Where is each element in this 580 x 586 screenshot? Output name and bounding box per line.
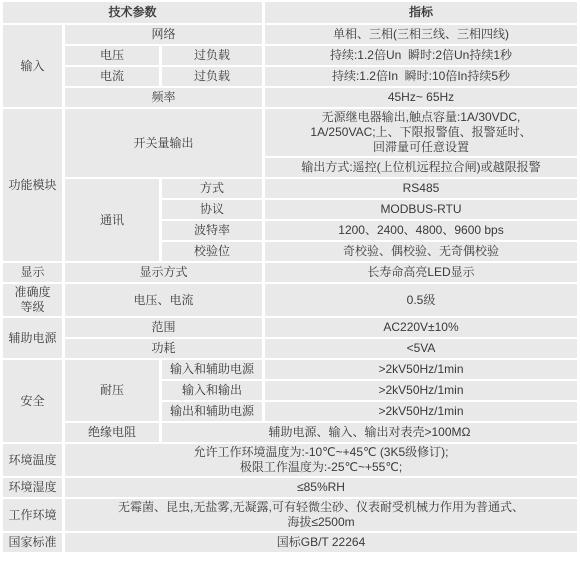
row-aux-consumption: 功耗 <5VA [3, 339, 577, 358]
withstand-item-2: 输入和输出 [162, 381, 262, 400]
insulation-label: 绝缘电阻 [65, 423, 159, 442]
comm-baud-value: 1200、2400、4800、9600 bps [265, 221, 577, 240]
env-humidity-label: 环境湿度 [3, 478, 62, 497]
row-env-humidity: 环境湿度 ≤85%RH [3, 478, 577, 497]
accuracy-item-label: 电压、电流 [65, 284, 262, 316]
row-env-temp: 环境温度 允许工作环境温度为:-10℃~+45℃ (3K5级修订); 极限工作温… [3, 444, 577, 476]
withstand-value-1: >2kV50Hz/1min [265, 360, 577, 379]
national-std-label: 国家标准 [3, 533, 62, 552]
frequency-label: 频率 [65, 88, 262, 107]
aux-range-value: AC220V±10% [265, 318, 577, 337]
withstand-value-2: >2kV50Hz/1min [265, 381, 577, 400]
accuracy-value: 0.5级 [265, 284, 577, 316]
aux-range-label: 范围 [65, 318, 262, 337]
env-temp-label: 环境温度 [3, 444, 62, 476]
comm-label: 通讯 [65, 179, 159, 261]
withstand-label: 耐压 [65, 360, 159, 421]
params-header: 技术参数 [3, 2, 262, 23]
row-work-env: 工作环境 无霉菌、昆虫,无盐雾,无凝露,可有轻微尘砂、仪表耐受机械力作用为普通式… [3, 499, 577, 531]
national-std-value: 国标GB/T 22264 [65, 533, 577, 552]
display-label: 显示 [3, 263, 62, 282]
env-humidity-value: ≤85%RH [65, 478, 577, 497]
accuracy-label: 准确度 等级 [3, 284, 62, 316]
input-label: 输入 [3, 25, 62, 107]
withstand-item-3: 输出和辅助电源 [162, 402, 262, 421]
aux-consumption-value: <5VA [265, 339, 577, 358]
voltage-label: 电压 [65, 46, 159, 65]
row-frequency: 频率 45Hz~ 65Hz [3, 88, 577, 107]
row-withstand-1: 安全 耐压 输入和辅助电源 >2kV50Hz/1min [3, 360, 577, 379]
row-display: 显示 显示方式 长寿命高亮LED显示 [3, 263, 577, 282]
withstand-value-3: >2kV50Hz/1min [265, 402, 577, 421]
function-module-label: 功能模块 [3, 109, 62, 261]
current-label: 电流 [65, 67, 159, 86]
safety-label: 安全 [3, 360, 62, 442]
row-network: 输入 网络 单相、三相(三相三线、三相四线) [3, 25, 577, 44]
row-voltage: 电压 过负载 持续:1.2倍Un 瞬时:2倍Un持续1秒 [3, 46, 577, 65]
work-env-value: 无霉菌、昆虫,无盐雾,无凝露,可有轻微尘砂、仪表耐受机械力作用为普通式、 海拔≤… [65, 499, 577, 531]
comm-protocol-value: MODBUS-RTU [265, 200, 577, 219]
comm-mode-label: 方式 [162, 179, 262, 198]
row-insulation: 绝缘电阻 辅助电源、输入、输出对表壳>100MΩ [3, 423, 577, 442]
comm-baud-label: 波特率 [162, 221, 262, 240]
display-mode-label: 显示方式 [65, 263, 262, 282]
header-row: 技术参数 指标 [3, 2, 577, 23]
switch-output-relay-value: 无源继电器输出,触点容量:1A/30VDC, 1A/250VAC;上、下限报警值… [265, 109, 577, 156]
frequency-value: 45Hz~ 65Hz [265, 88, 577, 107]
aux-power-label: 辅助电源 [3, 318, 62, 358]
comm-protocol-label: 协议 [162, 200, 262, 219]
switch-output-mode-value: 输出方式:遥控(上位机远程拉合闸)或越限报警 [265, 158, 577, 177]
insulation-value: 辅助电源、输入、输出对表壳>100MΩ [162, 423, 577, 442]
work-env-label: 工作环境 [3, 499, 62, 531]
comm-parity-value: 奇校验、偶校验、无奇偶校验 [265, 242, 577, 261]
withstand-item-1: 输入和辅助电源 [162, 360, 262, 379]
display-value: 长寿命高亮LED显示 [265, 263, 577, 282]
row-national-std: 国家标准 国标GB/T 22264 [3, 533, 577, 552]
row-accuracy: 准确度 等级 电压、电流 0.5级 [3, 284, 577, 316]
network-label: 网络 [65, 25, 262, 44]
row-aux-range: 辅助电源 范围 AC220V±10% [3, 318, 577, 337]
comm-mode-value: RS485 [265, 179, 577, 198]
current-value: 持续:1.2倍In 瞬时:10倍In持续5秒 [265, 67, 577, 86]
spec-table: 技术参数 指标 输入 网络 单相、三相(三相三线、三相四线) 电压 过负载 持续… [0, 0, 580, 554]
comm-parity-label: 校验位 [162, 242, 262, 261]
aux-consumption-label: 功耗 [65, 339, 262, 358]
voltage-overload-label: 过负载 [162, 46, 262, 65]
network-value: 单相、三相(三相三线、三相四线) [265, 25, 577, 44]
switch-output-label: 开关量输出 [65, 109, 262, 177]
row-comm-mode: 通讯 方式 RS485 [3, 179, 577, 198]
row-current: 电流 过负载 持续:1.2倍In 瞬时:10倍In持续5秒 [3, 67, 577, 86]
voltage-value: 持续:1.2倍Un 瞬时:2倍Un持续1秒 [265, 46, 577, 65]
row-switch-output-relay: 功能模块 开关量输出 无源继电器输出,触点容量:1A/30VDC, 1A/250… [3, 109, 577, 156]
current-overload-label: 过负载 [162, 67, 262, 86]
indicator-header: 指标 [265, 2, 577, 23]
env-temp-value: 允许工作环境温度为:-10℃~+45℃ (3K5级修订); 极限工作温度为:-2… [65, 444, 577, 476]
